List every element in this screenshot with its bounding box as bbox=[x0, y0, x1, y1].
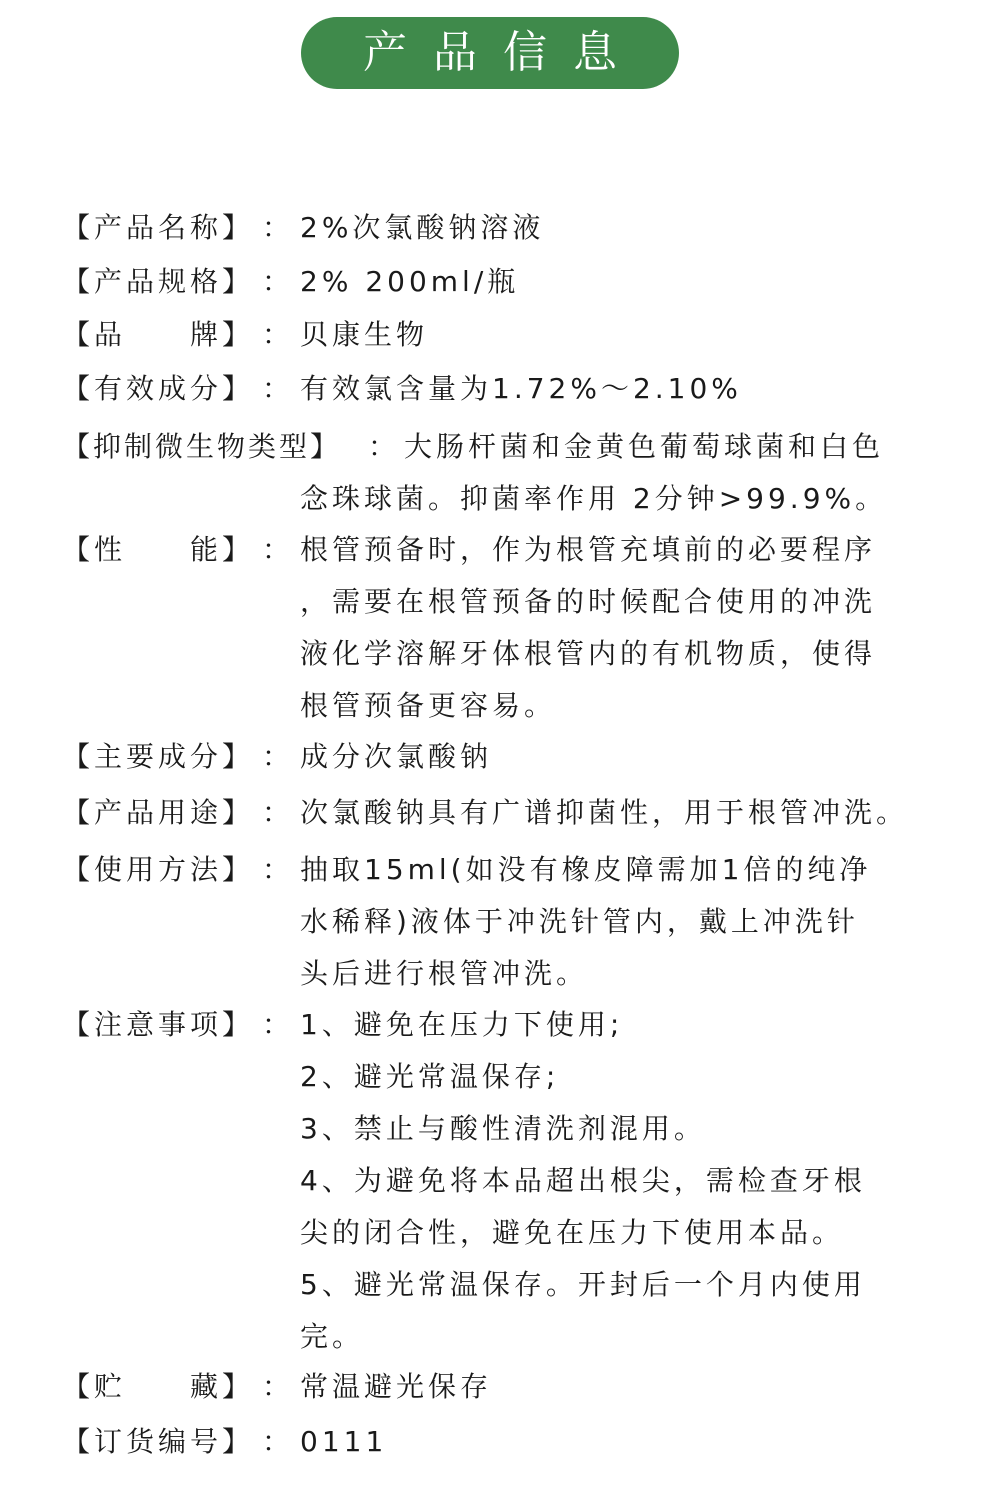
field-label: 【性 能】 bbox=[62, 524, 254, 576]
field-label: 【主要成分】 bbox=[62, 731, 254, 783]
field-value: 0111 bbox=[300, 1416, 387, 1468]
field-value-line: 水稀释)液体于冲洗针管内，戴上冲洗针 bbox=[300, 896, 871, 948]
field-colon: ： bbox=[262, 1416, 294, 1468]
field-colon: ： bbox=[262, 524, 294, 576]
field-label: 【使用方法】 bbox=[62, 844, 254, 896]
field-value: 有效氯含量为1.72%～2.10% bbox=[300, 363, 742, 415]
precaution-item: 3、禁止与酸性清洗剂混用。 bbox=[300, 1103, 866, 1155]
field-value: 成分次氯酸钠 bbox=[300, 731, 492, 783]
section-title: 产品信息 bbox=[337, 31, 643, 75]
field-colon: ： bbox=[262, 309, 294, 361]
field-value: 2%次氯酸钠溶液 bbox=[300, 202, 544, 254]
field-colon: ： bbox=[262, 787, 294, 839]
field-value-line: 大肠杆菌和金黄色葡萄球菌和白色 bbox=[62, 421, 887, 473]
field-value-line: 头后进行根管冲洗。 bbox=[300, 948, 871, 1000]
field-label: 【产品用途】 bbox=[62, 787, 254, 839]
field-label: 【订货编号】 bbox=[62, 1416, 254, 1468]
field-value-line: 根管预备更容易。 bbox=[300, 680, 876, 732]
field-value-line: 念珠球菌。抑菌率作用 2分钟>99.9%。 bbox=[62, 473, 887, 525]
field-value-line: 抽取15ml(如没有橡皮障需加1倍的纯净 bbox=[300, 844, 871, 896]
field-value: 贝康生物 bbox=[300, 309, 428, 361]
field-colon: ： bbox=[262, 844, 294, 896]
precaution-item: 完。 bbox=[300, 1311, 866, 1363]
field-label: 【产品规格】 bbox=[62, 256, 254, 308]
field-value: 2% 200ml/瓶 bbox=[300, 256, 519, 308]
field-colon: ： bbox=[262, 202, 294, 254]
field-label: 【贮 藏】 bbox=[62, 1361, 254, 1413]
section-header-pill: 产品信息 bbox=[301, 17, 679, 89]
field-colon: ： bbox=[262, 363, 294, 415]
field-value-line: 液化学溶解牙体根管内的有机物质，使得 bbox=[300, 628, 876, 680]
field-label: 【品 牌】 bbox=[62, 309, 254, 361]
precaution-item: 4、为避免将本品超出根尖，需检查牙根 bbox=[300, 1155, 866, 1207]
field-value-line: 根管预备时，作为根管充填前的必要程序 bbox=[300, 524, 876, 576]
field-label: 【注意事项】 bbox=[62, 999, 254, 1051]
precaution-item: 5、避光常温保存。开封后一个月内使用 bbox=[300, 1259, 866, 1311]
precaution-item: 尖的闭合性，避免在压力下使用本品。 bbox=[300, 1207, 866, 1259]
field-colon: ： bbox=[262, 999, 294, 1051]
field-value-line: ，需要在根管预备的时候配合使用的冲洗 bbox=[300, 576, 876, 628]
field-colon: ： bbox=[262, 731, 294, 783]
field-label: 【产品名称】 bbox=[62, 202, 254, 254]
precaution-item: 2、避光常温保存; bbox=[300, 1051, 866, 1103]
field-value: 常温避光保存 bbox=[300, 1361, 492, 1413]
field-colon: ： bbox=[262, 256, 294, 308]
field-value: 次氯酸钠具有广谱抑菌性，用于根管冲洗。 bbox=[300, 787, 908, 839]
field-label: 【有效成分】 bbox=[62, 363, 254, 415]
field-colon: ： bbox=[262, 1361, 294, 1413]
precaution-item: 1、避免在压力下使用; bbox=[300, 999, 866, 1051]
